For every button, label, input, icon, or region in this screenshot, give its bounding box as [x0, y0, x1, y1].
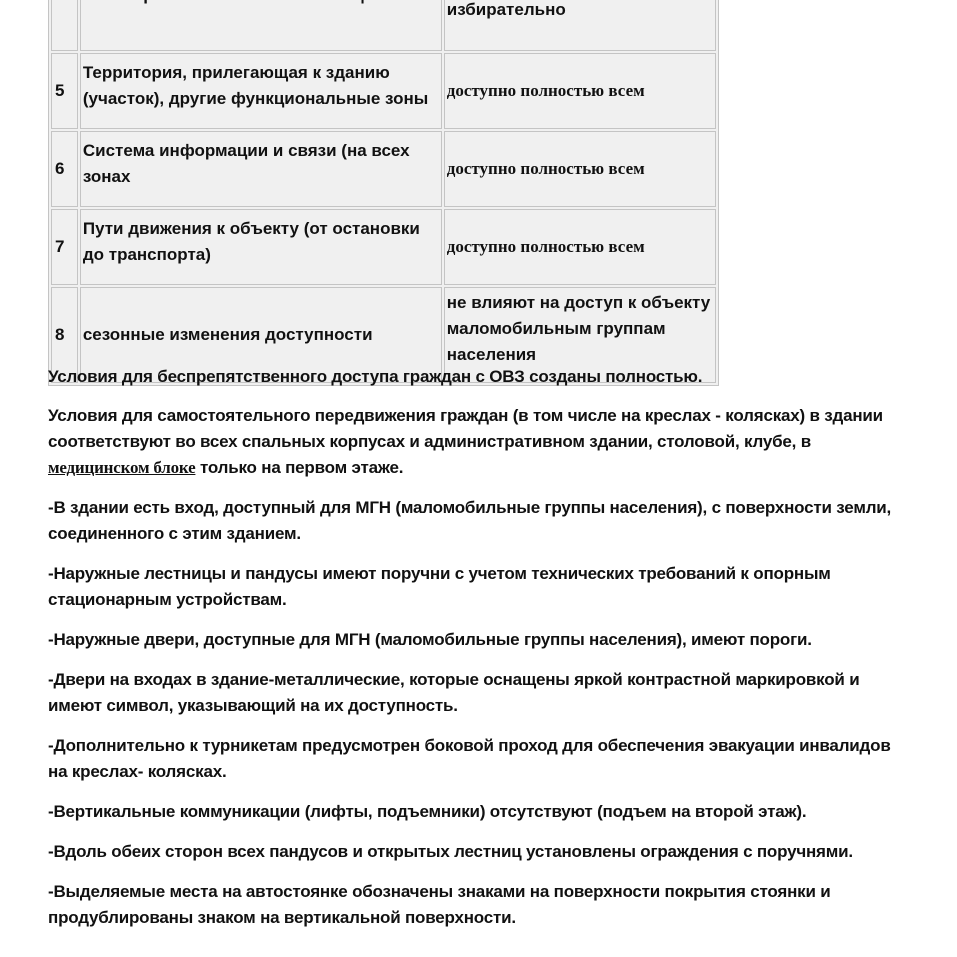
row-number: 7	[51, 209, 78, 285]
row-value: доступно полностью всем	[444, 53, 716, 129]
row-value: доступно условно избирательно	[444, 0, 716, 51]
paragraph-railings: -Вдоль обеих сторон всех пандусов и откр…	[48, 839, 908, 865]
row-value-text: избирательно	[447, 0, 566, 19]
row-name: Санитарно-гигиенические помещения	[80, 0, 442, 51]
table-row: 5 Территория, прилегающая к зданию (учас…	[51, 53, 716, 129]
row-number: 5	[51, 53, 78, 129]
paragraph-turnstiles: -Дополнительно к турникетам предусмотрен…	[48, 733, 908, 785]
table-row: 4 Санитарно-гигиенические помещения дост…	[51, 0, 716, 51]
paragraph-parking: -Выделяемые места на автостоянке обознач…	[48, 879, 908, 931]
row-number: 6	[51, 131, 78, 207]
paragraph-handrails: -Наружные лестницы и пандусы имеют поруч…	[48, 561, 908, 613]
accessibility-table: 4 Санитарно-гигиенические помещения дост…	[48, 0, 719, 386]
paragraph-entrance: -В здании есть вход, доступный для МГН (…	[48, 495, 908, 547]
paragraph-text: Условия для самостоятельного передвижени…	[48, 406, 883, 451]
row-number: 4	[51, 0, 78, 51]
table-row: 6 Система информации и связи (на всех зо…	[51, 131, 716, 207]
table-row: 7 Пути движения к объекту (от остановки …	[51, 209, 716, 285]
paragraph-vertical-communications: -Вертикальные коммуникации (лифты, подъе…	[48, 799, 908, 825]
row-value: доступно полностью всем	[444, 209, 716, 285]
paragraph-movement-conditions: Условия для самостоятельного передвижени…	[48, 403, 908, 481]
paragraph-text: только на первом этаже.	[195, 458, 403, 477]
paragraph-doors-thresholds: -Наружные двери, доступные для МГН (мало…	[48, 627, 908, 653]
document-page: 4 Санитарно-гигиенические помещения дост…	[0, 0, 957, 957]
row-name: Система информации и связи (на всех зона…	[80, 131, 442, 207]
medical-block-link[interactable]: медицинском блоке	[48, 458, 195, 477]
paragraph-metal-doors: -Двери на входах в здание-металлические,…	[48, 667, 908, 719]
row-name: Пути движения к объекту (от остановки до…	[80, 209, 442, 285]
row-value: доступно полностью всем	[444, 131, 716, 207]
row-name: Территория, прилегающая к зданию (участо…	[80, 53, 442, 129]
paragraph-conditions-created: Условия для беспрепятственного доступа г…	[48, 364, 908, 390]
